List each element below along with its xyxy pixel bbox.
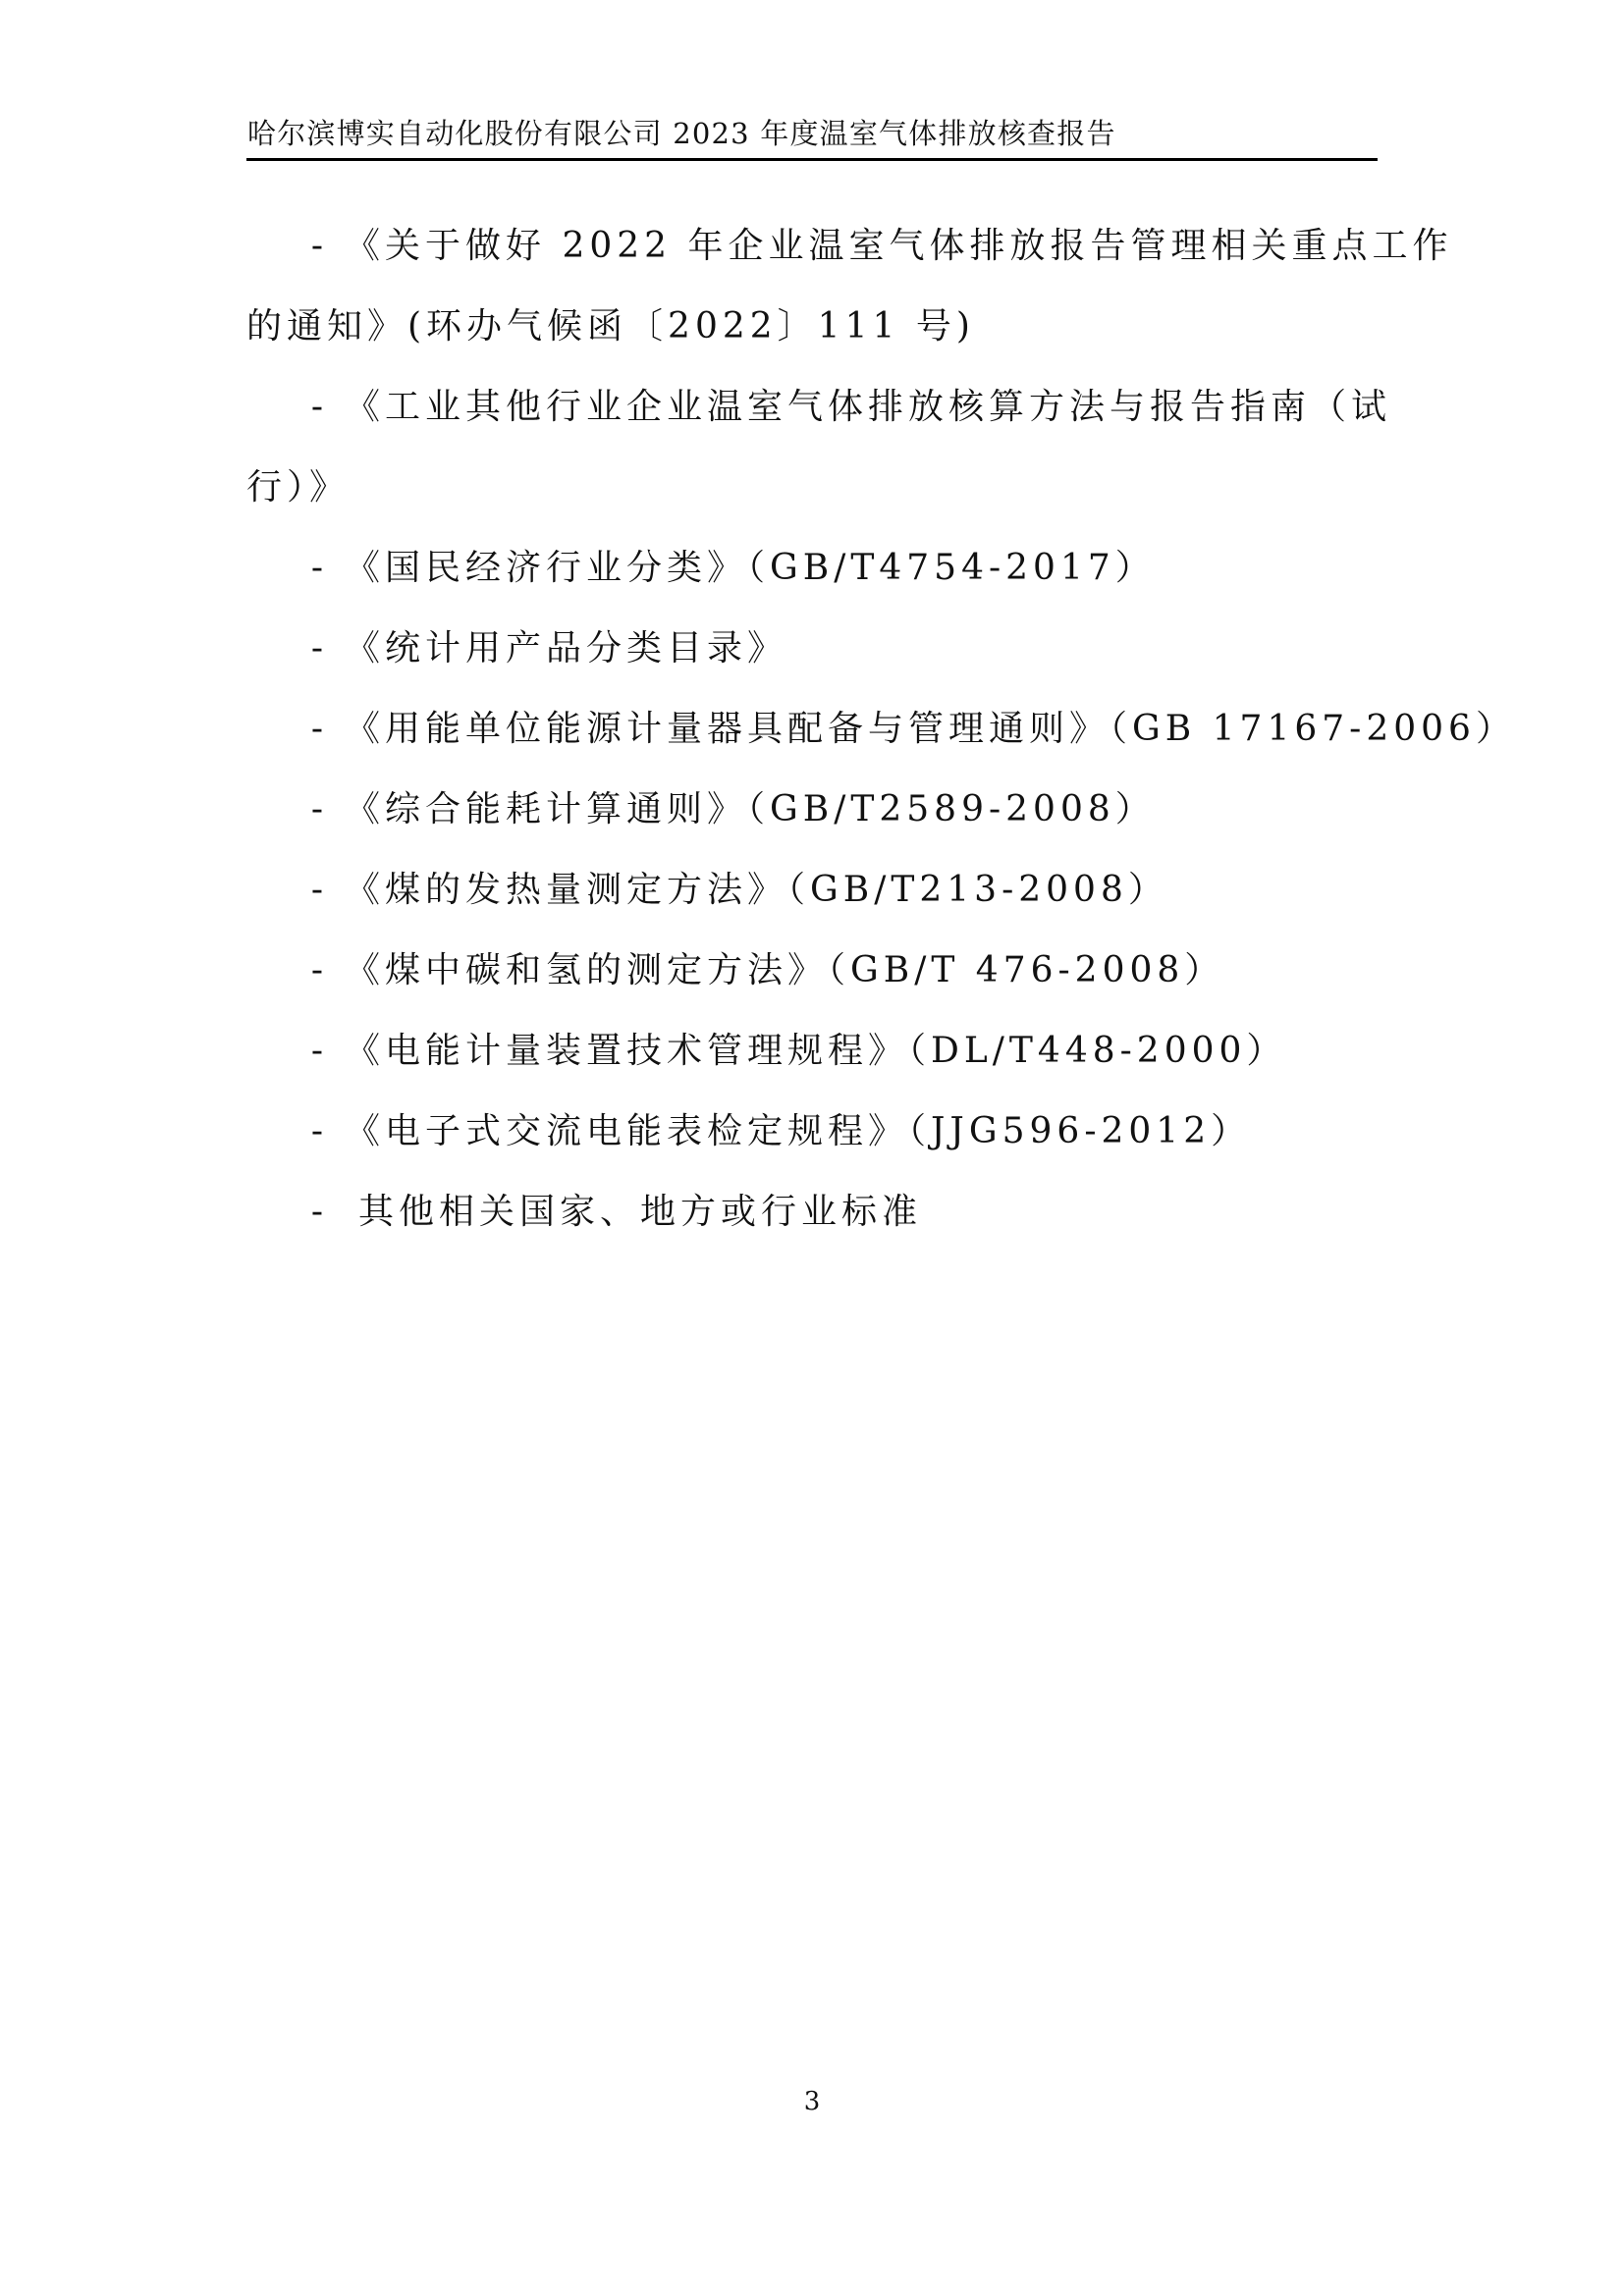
reference-item: -《煤的发热量测定方法》（GB/T213-2008） <box>246 850 1376 931</box>
reference-text: 《关于做好 2022 年企业温室气体排放报告管理相关重点工作 <box>345 226 1453 266</box>
list-bullet-dash: - <box>276 609 323 689</box>
reference-item: -《国民经济行业分类》（GB/T4754-2017） <box>246 528 1376 609</box>
header-divider <box>246 158 1378 161</box>
reference-item: -《煤中碳和氢的测定方法》（GB/T 476-2008） <box>246 931 1376 1011</box>
reference-text: 《煤中碳和氢的测定方法》（GB/T 476-2008） <box>345 950 1224 990</box>
reference-text-continuation: 行）》 <box>246 448 1376 528</box>
list-bullet-dash: - <box>276 770 323 850</box>
document-page: 哈尔滨博实自动化股份有限公司 2023 年度温室气体排放核查报告 -《关于做好 … <box>0 0 1624 2296</box>
reference-text: 《工业其他行业企业温室气体排放核算方法与报告指南（试 <box>345 387 1391 427</box>
reference-text-continuation: 的通知》(环办气候函〔2022〕111 号) <box>246 287 1376 367</box>
reference-text: 其他相关国家、地方或行业标准 <box>358 1192 922 1232</box>
reference-item: -《电能计量装置技术管理规程》（DL/T448-2000） <box>246 1011 1376 1092</box>
list-bullet-dash: - <box>276 206 323 287</box>
reference-item: -其他相关国家、地方或行业标准 <box>246 1172 1376 1253</box>
reference-item: -《电子式交流电能表检定规程》（JJG596-2012） <box>246 1092 1376 1172</box>
list-bullet-dash: - <box>276 1011 323 1092</box>
reference-item: -《综合能耗计算通则》（GB/T2589-2008） <box>246 770 1376 850</box>
list-bullet-dash: - <box>276 850 323 931</box>
list-bullet-dash: - <box>276 689 323 770</box>
reference-list: -《关于做好 2022 年企业温室气体排放报告管理相关重点工作 的通知》(环办气… <box>246 206 1376 1253</box>
reference-text: 《用能单位能源计量器具配备与管理通则》（GB 17167-2006） <box>345 709 1516 749</box>
reference-text: 《综合能耗计算通则》（GB/T2589-2008） <box>345 789 1156 829</box>
reference-item: -《关于做好 2022 年企业温室气体排放报告管理相关重点工作 的通知》(环办气… <box>246 206 1376 367</box>
reference-item: -《用能单位能源计量器具配备与管理通则》（GB 17167-2006） <box>246 689 1376 770</box>
reference-item: -《工业其他行业企业温室气体排放核算方法与报告指南（试 行）》 <box>246 367 1376 528</box>
reference-text: 《煤的发热量测定方法》（GB/T213-2008） <box>345 870 1168 910</box>
running-header-title: 哈尔滨博实自动化股份有限公司 2023 年度温室气体排放核查报告 <box>247 116 1116 151</box>
reference-text: 《国民经济行业分类》（GB/T4754-2017） <box>345 548 1156 588</box>
list-bullet-dash: - <box>276 931 323 1011</box>
reference-item: -《统计用产品分类目录》 <box>246 609 1376 689</box>
list-bullet-dash: - <box>276 367 323 448</box>
list-bullet-dash: - <box>276 1092 323 1172</box>
list-bullet-dash: - <box>276 1172 323 1253</box>
page-number: 3 <box>0 2087 1624 2116</box>
reference-text: 《统计用产品分类目录》 <box>345 628 787 668</box>
reference-text: 《电子式交流电能表检定规程》（JJG596-2012） <box>345 1111 1251 1151</box>
reference-text: 《电能计量装置技术管理规程》（DL/T448-2000） <box>345 1031 1286 1071</box>
list-bullet-dash: - <box>276 528 323 609</box>
